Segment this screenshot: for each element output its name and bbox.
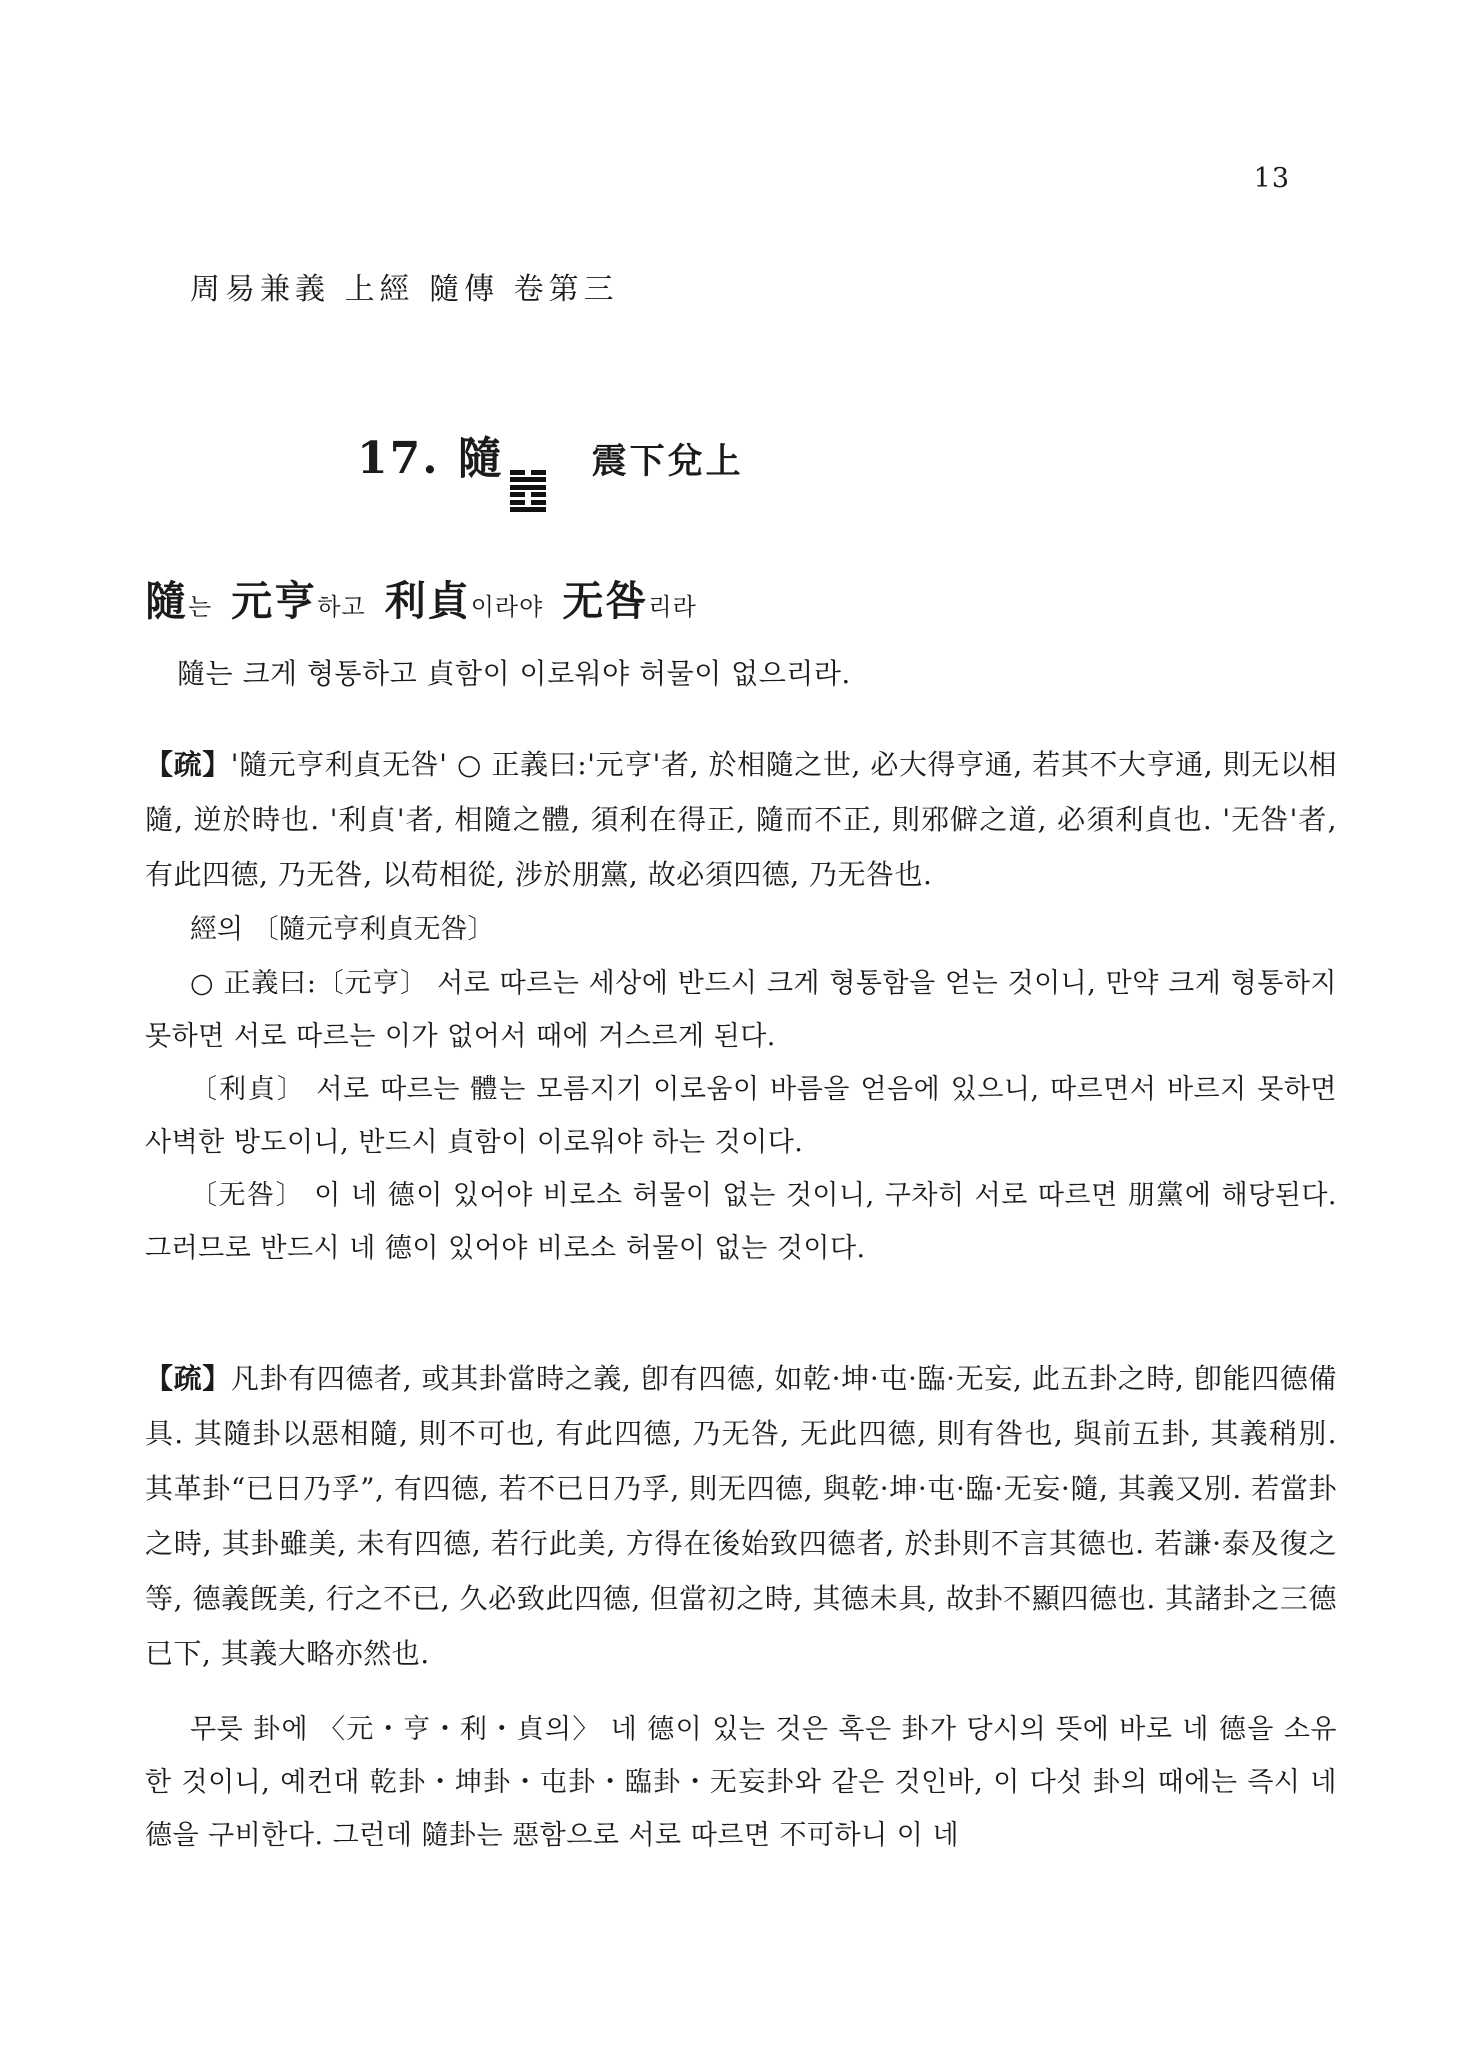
commentary-block-1: 【疏】'隨元亨利貞无咎' ○ 正義曰:'元亨'者, 於相隨之世, 必大得亨通, … (145, 737, 1337, 902)
scripture-segment: 元亨하고 (231, 600, 365, 619)
gyeong-reference-line: 經의 〔隨元亨利貞无咎〕 (190, 902, 1337, 957)
korean-paragraph-mugu: 〔无咎〕 이 네 德이 있어야 비로소 허물이 없는 것이니, 구차히 서로 따… (145, 1169, 1337, 1275)
korean-paragraph-wonhyeong: ○ 正義曰:〔元亨〕 서로 따르는 세상에 반드시 크게 형통함을 얻는 것이니… (145, 957, 1337, 1063)
scripture-segment: 利貞이라야 (385, 600, 544, 619)
scripture-particle: 이라야 (471, 593, 544, 621)
page-content: 17.隨震下兌上 隨는 元亨하고 利貞이라야 无咎리라 隨는 크게 형통하고 貞… (145, 430, 1337, 1862)
scripture-hanja: 无咎 (562, 577, 648, 625)
commentary-block-2: 【疏】凡卦有四德者, 或其卦當時之義, 卽有四德, 如乾·坤·屯·臨·无妄, 此… (145, 1351, 1337, 1681)
scripture-particle: 하고 (317, 593, 365, 621)
scripture-particle: 는 (188, 593, 212, 621)
commentary-2-chinese: 凡卦有四德者, 或其卦當時之義, 卽有四德, 如乾·坤·屯·臨·无妄, 此五卦之… (145, 1362, 1337, 1670)
document-page: 13 周易兼義 上經 隨傳 卷第三 17.隨震下兌上 隨는 元亨하고 利貞이라야… (0, 0, 1480, 2048)
running-header: 周易兼義 上經 隨傳 卷第三 (190, 264, 619, 308)
scripture-hanja: 隨 (145, 577, 188, 625)
sou-marker: 【疏】 (145, 1362, 231, 1395)
chapter-name: 隨 (458, 433, 504, 484)
korean-paragraph-final: 무릇 卦에 〈元・亨・利・貞의〉 네 德이 있는 것은 혹은 卦가 당시의 뜻에… (145, 1703, 1337, 1862)
scripture-translation: 隨는 크게 형통하고 貞함이 이로워야 허물이 없으리라. (145, 646, 1337, 701)
sou-marker: 【疏】 (145, 748, 231, 781)
korean-paragraph-ijeong: 〔利貞〕 서로 따르는 體는 모름지기 이로움이 바름을 얻음에 있으니, 따르… (145, 1063, 1337, 1169)
scripture-segment: 隨는 (145, 600, 212, 619)
hexagram-sui-icon (510, 470, 546, 512)
scripture-hanja: 元亨 (231, 577, 317, 625)
chapter-number: 17. (357, 433, 440, 484)
scripture-hanja: 利貞 (385, 577, 471, 625)
scripture-segment: 无咎리라 (562, 600, 696, 619)
trigram-note: 震下兌上 (592, 441, 744, 482)
scripture-particle: 리라 (648, 593, 696, 621)
page-number: 13 (1254, 163, 1290, 194)
commentary-1-chinese: '隨元亨利貞无咎' ○ 正義曰:'元亨'者, 於相隨之世, 必大得亨通, 若其不… (145, 748, 1337, 891)
chapter-title: 17.隨震下兌上 (357, 430, 1337, 488)
scripture-line: 隨는 元亨하고 利貞이라야 无咎리라 (145, 570, 1337, 632)
